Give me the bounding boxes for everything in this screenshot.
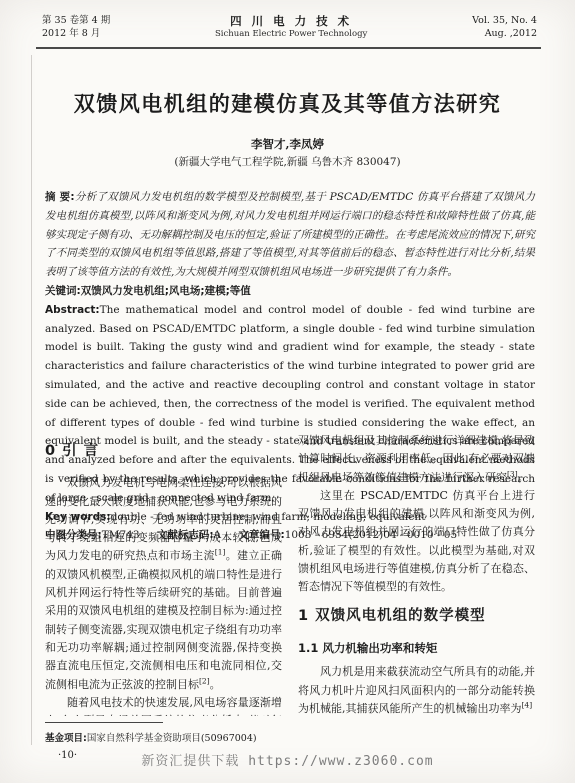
section-1-1-heading: 1.1 风力机输出功率和转矩	[298, 639, 535, 657]
keywords-cn-label: 关键词:	[45, 285, 81, 297]
authors: 李智才,李凤婷	[0, 136, 575, 152]
journal-page: 第 35 卷第 4 期 2012 年 8 月 四 川 电 力 技 术 Sichu…	[0, 0, 575, 783]
body-columns: 0 引 言 双馈风力发电机与电网柔性连接,可以根据风速的变化最大限度地捕获风能,…	[45, 432, 535, 716]
left-paragraph-2: 随着风电技术的快速发展,风电场容量逐渐增大,在大型风电场并网系统的仿真分析中,若…	[45, 694, 282, 716]
paper-title: 双馈风电机组的建模仿真及其等值方法研究	[0, 88, 575, 118]
section-1-heading: 1 双馈风电机组的数学模型	[298, 607, 535, 625]
fund-label: 基金项目:	[45, 733, 87, 744]
abstract-cn: 摘 要:分析了双馈风力发电机组的数学模型及控制模型,基于 PSCAD/EMTDC…	[45, 188, 535, 282]
right-paragraph-3: 风力机是用来截获流动空气所具有的动能,并将风力机叶片迎风扫风面积内的一部分动能转…	[298, 663, 535, 716]
abstract-cn-label: 摘 要:	[45, 191, 75, 203]
journal-name-cn: 四 川 电 力 技 术	[215, 14, 367, 28]
right-column: 双馈风电机组及其控制系统进行详细建模,将导致计算时间长、资源利用率低。因此,有必…	[298, 432, 535, 716]
issue-info: 第 35 卷第 4 期 2012 年 8 月	[42, 14, 110, 40]
section-0-heading: 0 引 言	[45, 442, 282, 460]
issue-volume: 第 35 卷第 4 期	[42, 14, 110, 27]
affiliation: (新疆大学电气工程学院,新疆 乌鲁木齐 830047)	[0, 154, 575, 169]
footnote-divider	[45, 722, 163, 723]
volume-info: Vol. 35, No. 4 Aug. ,2012	[472, 14, 537, 40]
volume-date: Aug. ,2012	[472, 27, 537, 40]
fund-text: 国家自然科学基金资助项目(50967004)	[87, 733, 257, 744]
abstract-en-label: Abstract:	[45, 304, 100, 316]
abstract-cn-text: 分析了双馈风力发电机组的数学模型及控制模型,基于 PSCAD/EMTDC 仿真平…	[45, 191, 535, 278]
journal-name-en: Sichuan Electric Power Technology	[215, 28, 367, 40]
right-paragraph-1: 双馈风电机组及其控制系统进行详细建模,将导致计算时间长、资源利用率低。因此,有必…	[298, 432, 535, 487]
volume-number: Vol. 35, No. 4	[472, 14, 537, 27]
header-divider	[36, 47, 541, 49]
journal-header: 第 35 卷第 4 期 2012 年 8 月 四 川 电 力 技 术 Sichu…	[42, 14, 537, 40]
fund-footnote: 基金项目:国家自然科学基金资助项目(50967004)	[45, 730, 257, 744]
keywords-cn-text: 双馈风力发电机组;风电场;建模;等值	[81, 285, 251, 297]
right-paragraph-2: 这里在 PSCAD/EMTDC 仿真平台上进行双馈风力发电机组的建模,以阵风和渐…	[298, 487, 535, 597]
journal-name: 四 川 电 力 技 术 Sichuan Electric Power Techn…	[215, 14, 367, 40]
keywords-cn: 关键词:双馈风力发电机组;风电场;建模;等值	[45, 282, 535, 301]
left-paragraph-1: 双馈风力发电机与电网柔性连接,可以根据风速的变化最大限度地捕获风能,也参与电力系…	[45, 474, 282, 694]
download-watermark: 新资汇提供下载 https://www.z3060.com	[0, 750, 575, 769]
left-column: 0 引 言 双馈风力发电机与电网柔性连接,可以根据风速的变化最大限度地捕获风能,…	[45, 432, 282, 716]
issue-date: 2012 年 8 月	[42, 27, 110, 40]
